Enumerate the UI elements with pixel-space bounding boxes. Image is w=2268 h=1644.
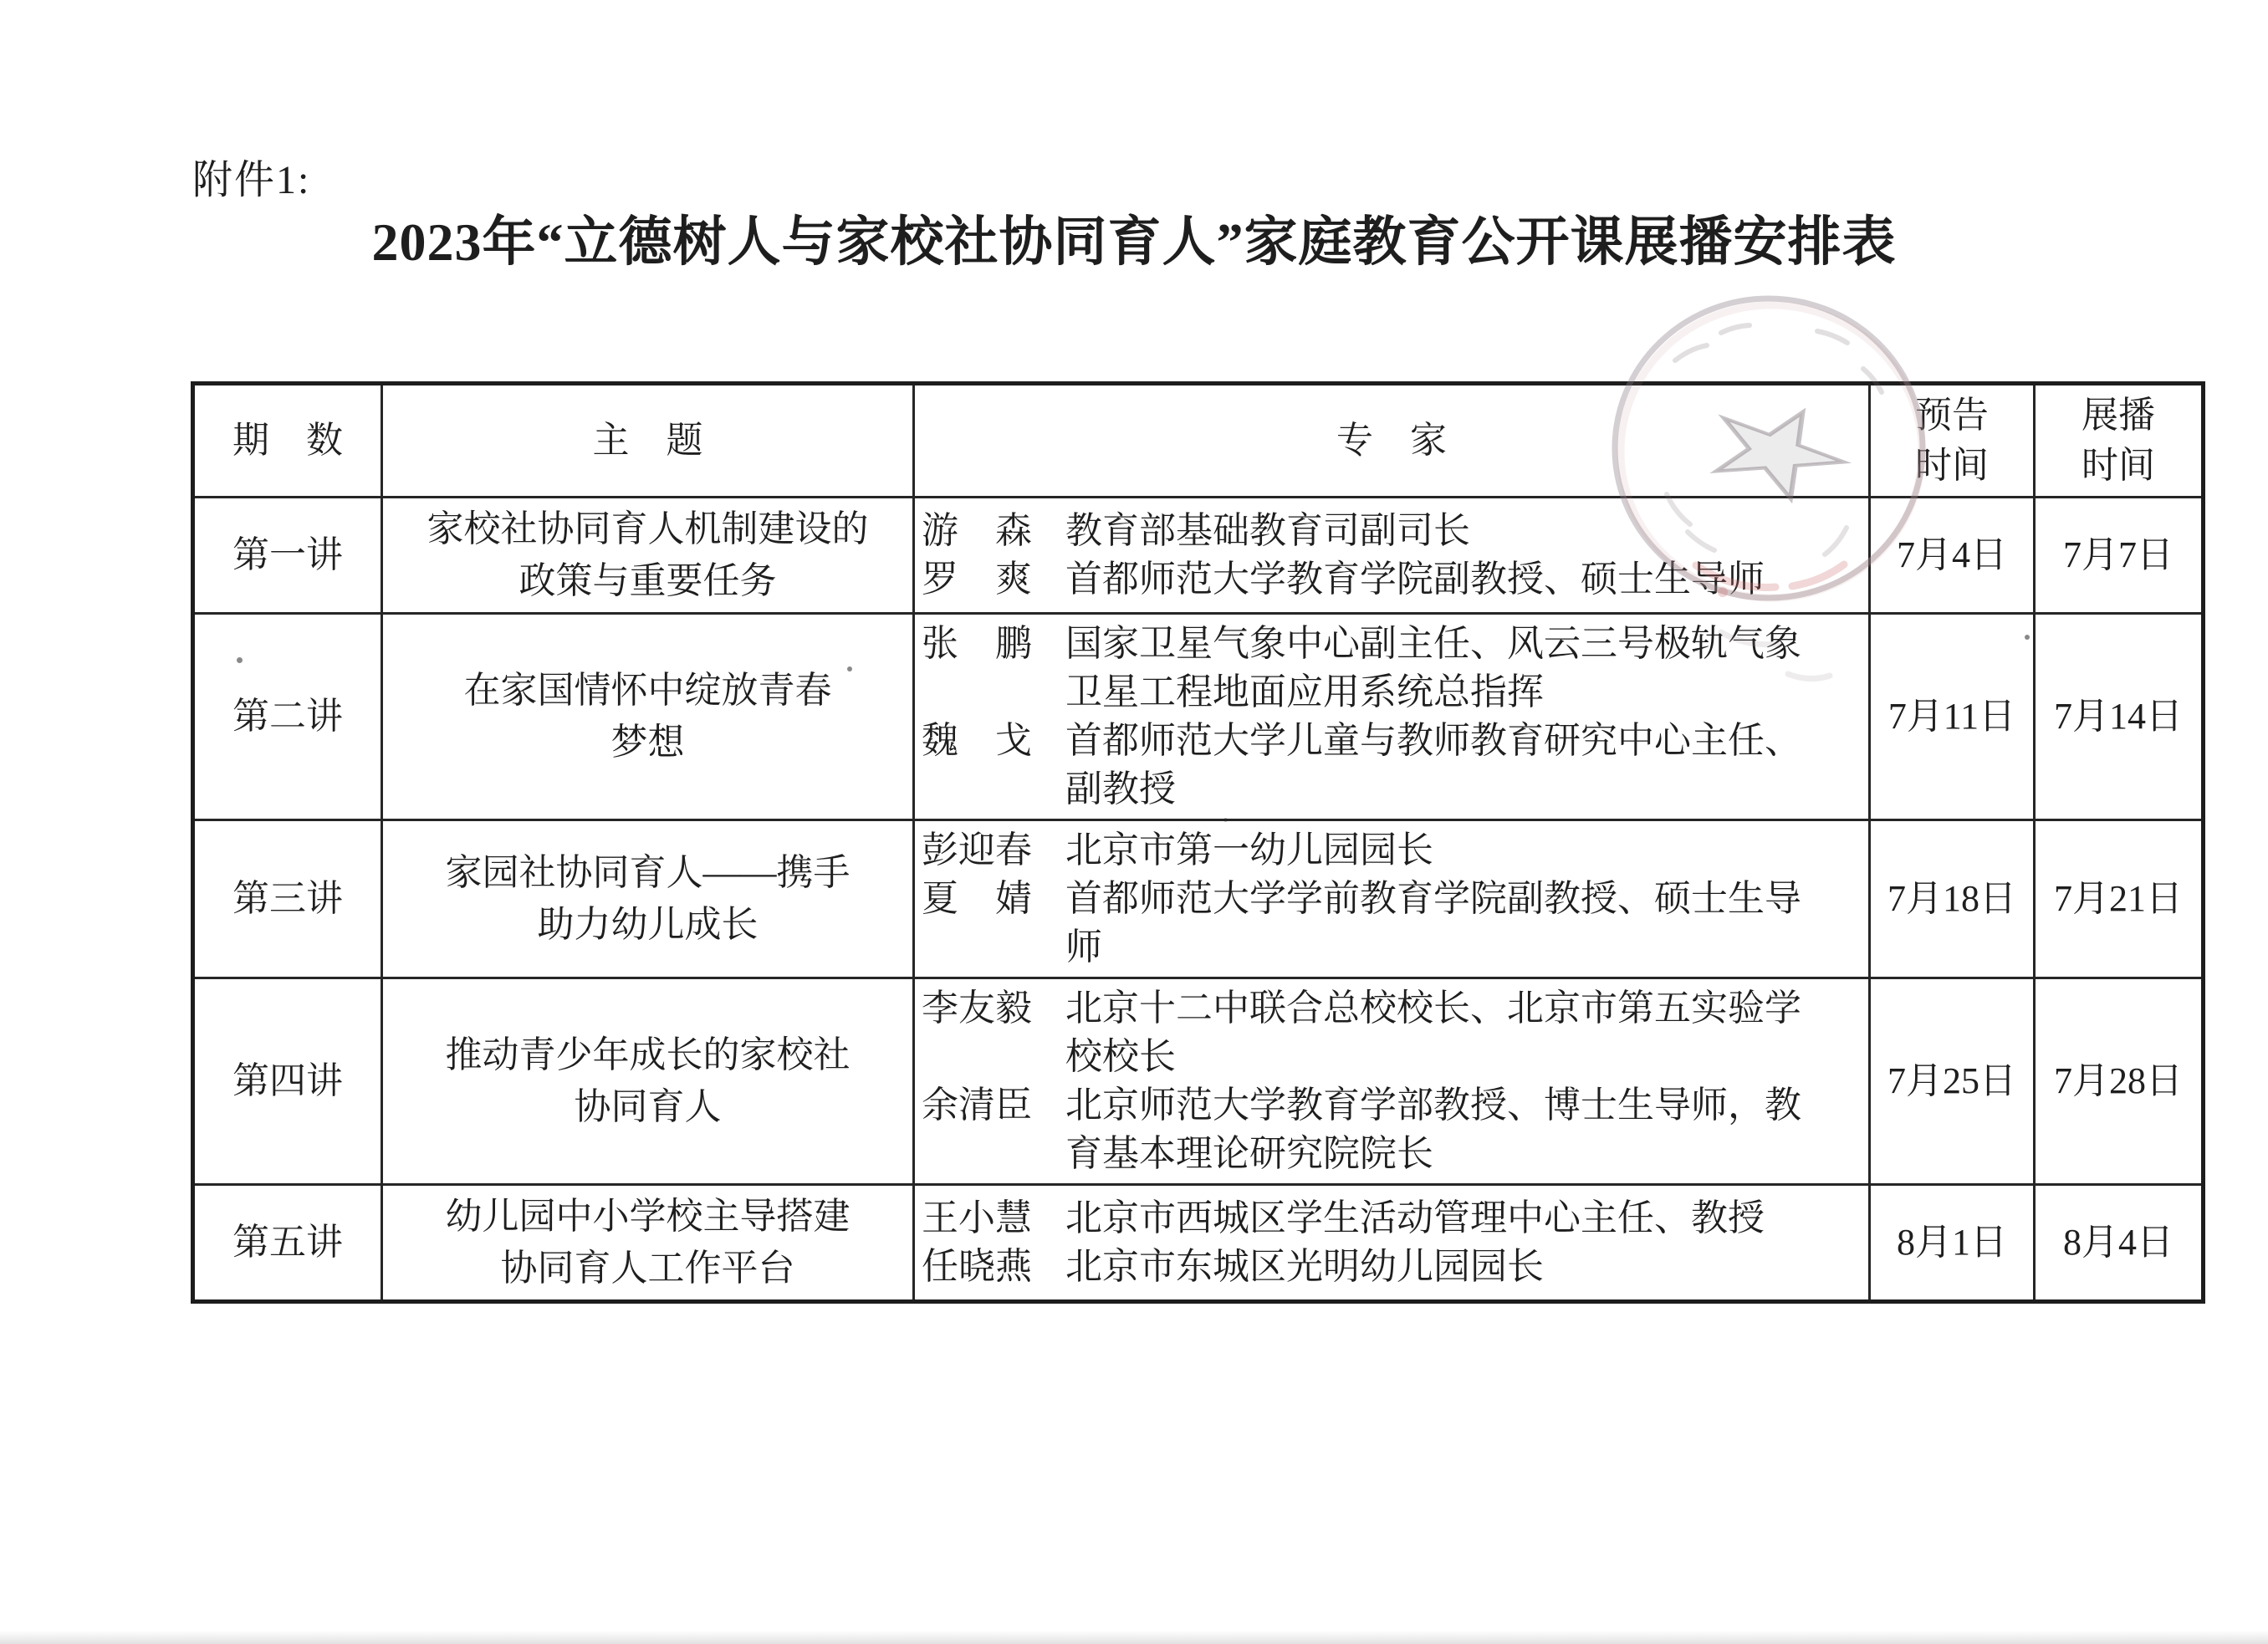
expert-name: 王小慧 (922, 1194, 1065, 1243)
attachment-label: 附件1: (192, 147, 310, 205)
broadcast-time-header-label: 展播时间 (2078, 391, 2158, 491)
topic-cell: 推动青少年成长的家校社 协同育人 (382, 978, 914, 1185)
preview-time-cell: 7月4日 (1870, 498, 2035, 614)
scan-speck (237, 657, 243, 663)
episode-cell: 第三讲 (193, 820, 382, 978)
expert-title: 北京市第一幼儿园园长 (1065, 826, 1862, 875)
scan-bottom-edge (0, 1631, 2268, 1644)
page-title: 2023年“立德树人与家校社协同育人”家庭教育公开课展播安排表 (0, 199, 2268, 276)
expert-line: 王小慧 北京市西城区学生活动管理中心主任、教授 (922, 1194, 1862, 1243)
expert-title: 首都师范大学学前教育学院副教授、硕士生导 师 (1065, 875, 1862, 972)
experts-cell: 王小慧 北京市西城区学生活动管理中心主任、教授 任晓燕 北京市东城区光明幼儿园园… (914, 1185, 1870, 1302)
expert-line: 李友毅 北京十二中联合总校校长、北京市第五实验学 校校长 (922, 984, 1862, 1081)
topic-cell: 家园社协同育人——携手 助力幼儿成长 (382, 820, 914, 978)
col-header-broadcast-time: 展播时间 (2035, 384, 2204, 498)
expert-name: 张 鹏 (922, 620, 1065, 668)
expert-title: 北京市西城区学生活动管理中心主任、教授 (1065, 1194, 1862, 1243)
expert-title: 北京十二中联合总校校长、北京市第五实验学 校校长 (1065, 984, 1862, 1081)
experts-cell: 李友毅 北京十二中联合总校校长、北京市第五实验学 校校长 余清臣 北京师范大学教… (914, 978, 1870, 1185)
preview-time-cell: 7月18日 (1870, 820, 2035, 978)
col-header-expert: 专 家 (914, 384, 1870, 498)
expert-line: 余清臣 北京师范大学教育学部教授、博士生导师，教 育基本理论研究院院长 (922, 1081, 1862, 1178)
expert-name: 李友毅 (922, 984, 1065, 1033)
experts-cell: 彭迎春 北京市第一幼儿园园长 夏 婧 首都师范大学学前教育学院副教授、硕士生导 … (914, 820, 1870, 978)
topic-cell: 家校社协同育人机制建设的 政策与重要任务 (382, 498, 914, 614)
experts-cell: 游 森 教育部基础教育司副司长 罗 爽 首都师范大学教育学院副教授、硕士生导师 (914, 498, 1870, 614)
expert-line: 游 森 教育部基础教育司副司长 (922, 507, 1862, 555)
expert-title: 北京师范大学教育学部教授、博士生导师，教 育基本理论研究院院长 (1065, 1081, 1862, 1178)
expert-title: 教育部基础教育司副司长 (1065, 507, 1862, 555)
topic-cell: 在家国情怀中绽放青春 梦想 (382, 614, 914, 820)
col-header-preview-time: 预告时间 (1870, 384, 2035, 498)
expert-name: 任晓燕 (922, 1243, 1065, 1291)
expert-line: 罗 爽 首都师范大学教育学院副教授、硕士生导师 (922, 555, 1862, 604)
table-row: 第三讲 家园社协同育人——携手 助力幼儿成长 彭迎春 北京市第一幼儿园园长 夏 … (193, 820, 2204, 978)
preview-time-cell: 8月1日 (1870, 1185, 2035, 1302)
expert-name: 彭迎春 (922, 826, 1065, 875)
expert-title: 首都师范大学儿童与教师教育研究中心主任、 副教授 (1065, 717, 1862, 814)
expert-line: 任晓燕 北京市东城区光明幼儿园园长 (922, 1243, 1862, 1291)
expert-line: 彭迎春 北京市第一幼儿园园长 (922, 826, 1862, 875)
col-header-topic: 主 题 (382, 384, 914, 498)
table-row: 第五讲 幼儿园中小学校主导搭建 协同育人工作平台 王小慧 北京市西城区学生活动管… (193, 1185, 2204, 1302)
preview-time-cell: 7月11日 (1870, 614, 2035, 820)
expert-title: 北京市东城区光明幼儿园园长 (1065, 1243, 1862, 1291)
preview-time-cell: 7月25日 (1870, 978, 2035, 1185)
expert-line: 张 鹏 国家卫星气象中心副主任、风云三号极轨气象 卫星工程地面应用系统总指挥 (922, 620, 1862, 717)
expert-name: 游 森 (922, 507, 1065, 555)
episode-cell: 第一讲 (193, 498, 382, 614)
topic-cell: 幼儿园中小学校主导搭建 协同育人工作平台 (382, 1185, 914, 1302)
scan-speck (1223, 818, 1228, 822)
expert-line: 魏 戈 首都师范大学儿童与教师教育研究中心主任、 副教授 (922, 717, 1862, 814)
episode-cell: 第二讲 (193, 614, 382, 820)
expert-name: 余清臣 (922, 1081, 1065, 1130)
schedule-table: 期 数 主 题 专 家 预告时间 展播时间 第一讲 家校社协同育人机制建设的 政… (191, 381, 2205, 1304)
broadcast-time-cell: 7月7日 (2035, 498, 2204, 614)
table-row: 第四讲 推动青少年成长的家校社 协同育人 李友毅 北京十二中联合总校校长、北京市… (193, 978, 2204, 1185)
table-header-row: 期 数 主 题 专 家 预告时间 展播时间 (193, 384, 2204, 498)
episode-cell: 第五讲 (193, 1185, 382, 1302)
expert-title: 国家卫星气象中心副主任、风云三号极轨气象 卫星工程地面应用系统总指挥 (1065, 620, 1862, 717)
episode-cell: 第四讲 (193, 978, 382, 1185)
scanned-document-page: 附件1: 2023年“立德树人与家校社协同育人”家庭教育公开课展播安排表 期 数… (0, 0, 2268, 1644)
col-header-episode: 期 数 (193, 384, 382, 498)
scan-speck (2025, 635, 2030, 640)
broadcast-time-cell: 7月28日 (2035, 978, 2204, 1185)
broadcast-time-cell: 7月14日 (2035, 614, 2204, 820)
preview-time-header-label: 预告时间 (1912, 391, 1992, 491)
expert-name: 夏 婧 (922, 875, 1065, 923)
expert-name: 魏 戈 (922, 717, 1065, 765)
broadcast-time-cell: 8月4日 (2035, 1185, 2204, 1302)
experts-cell: 张 鹏 国家卫星气象中心副主任、风云三号极轨气象 卫星工程地面应用系统总指挥 魏… (914, 614, 1870, 820)
table-row: 第一讲 家校社协同育人机制建设的 政策与重要任务 游 森 教育部基础教育司副司长… (193, 498, 2204, 614)
expert-name: 罗 爽 (922, 555, 1065, 604)
table-row: 第二讲 在家国情怀中绽放青春 梦想 张 鹏 国家卫星气象中心副主任、风云三号极轨… (193, 614, 2204, 820)
scan-speck (847, 666, 852, 671)
expert-line: 夏 婧 首都师范大学学前教育学院副教授、硕士生导 师 (922, 875, 1862, 972)
broadcast-time-cell: 7月21日 (2035, 820, 2204, 978)
expert-title: 首都师范大学教育学院副教授、硕士生导师 (1065, 555, 1862, 604)
